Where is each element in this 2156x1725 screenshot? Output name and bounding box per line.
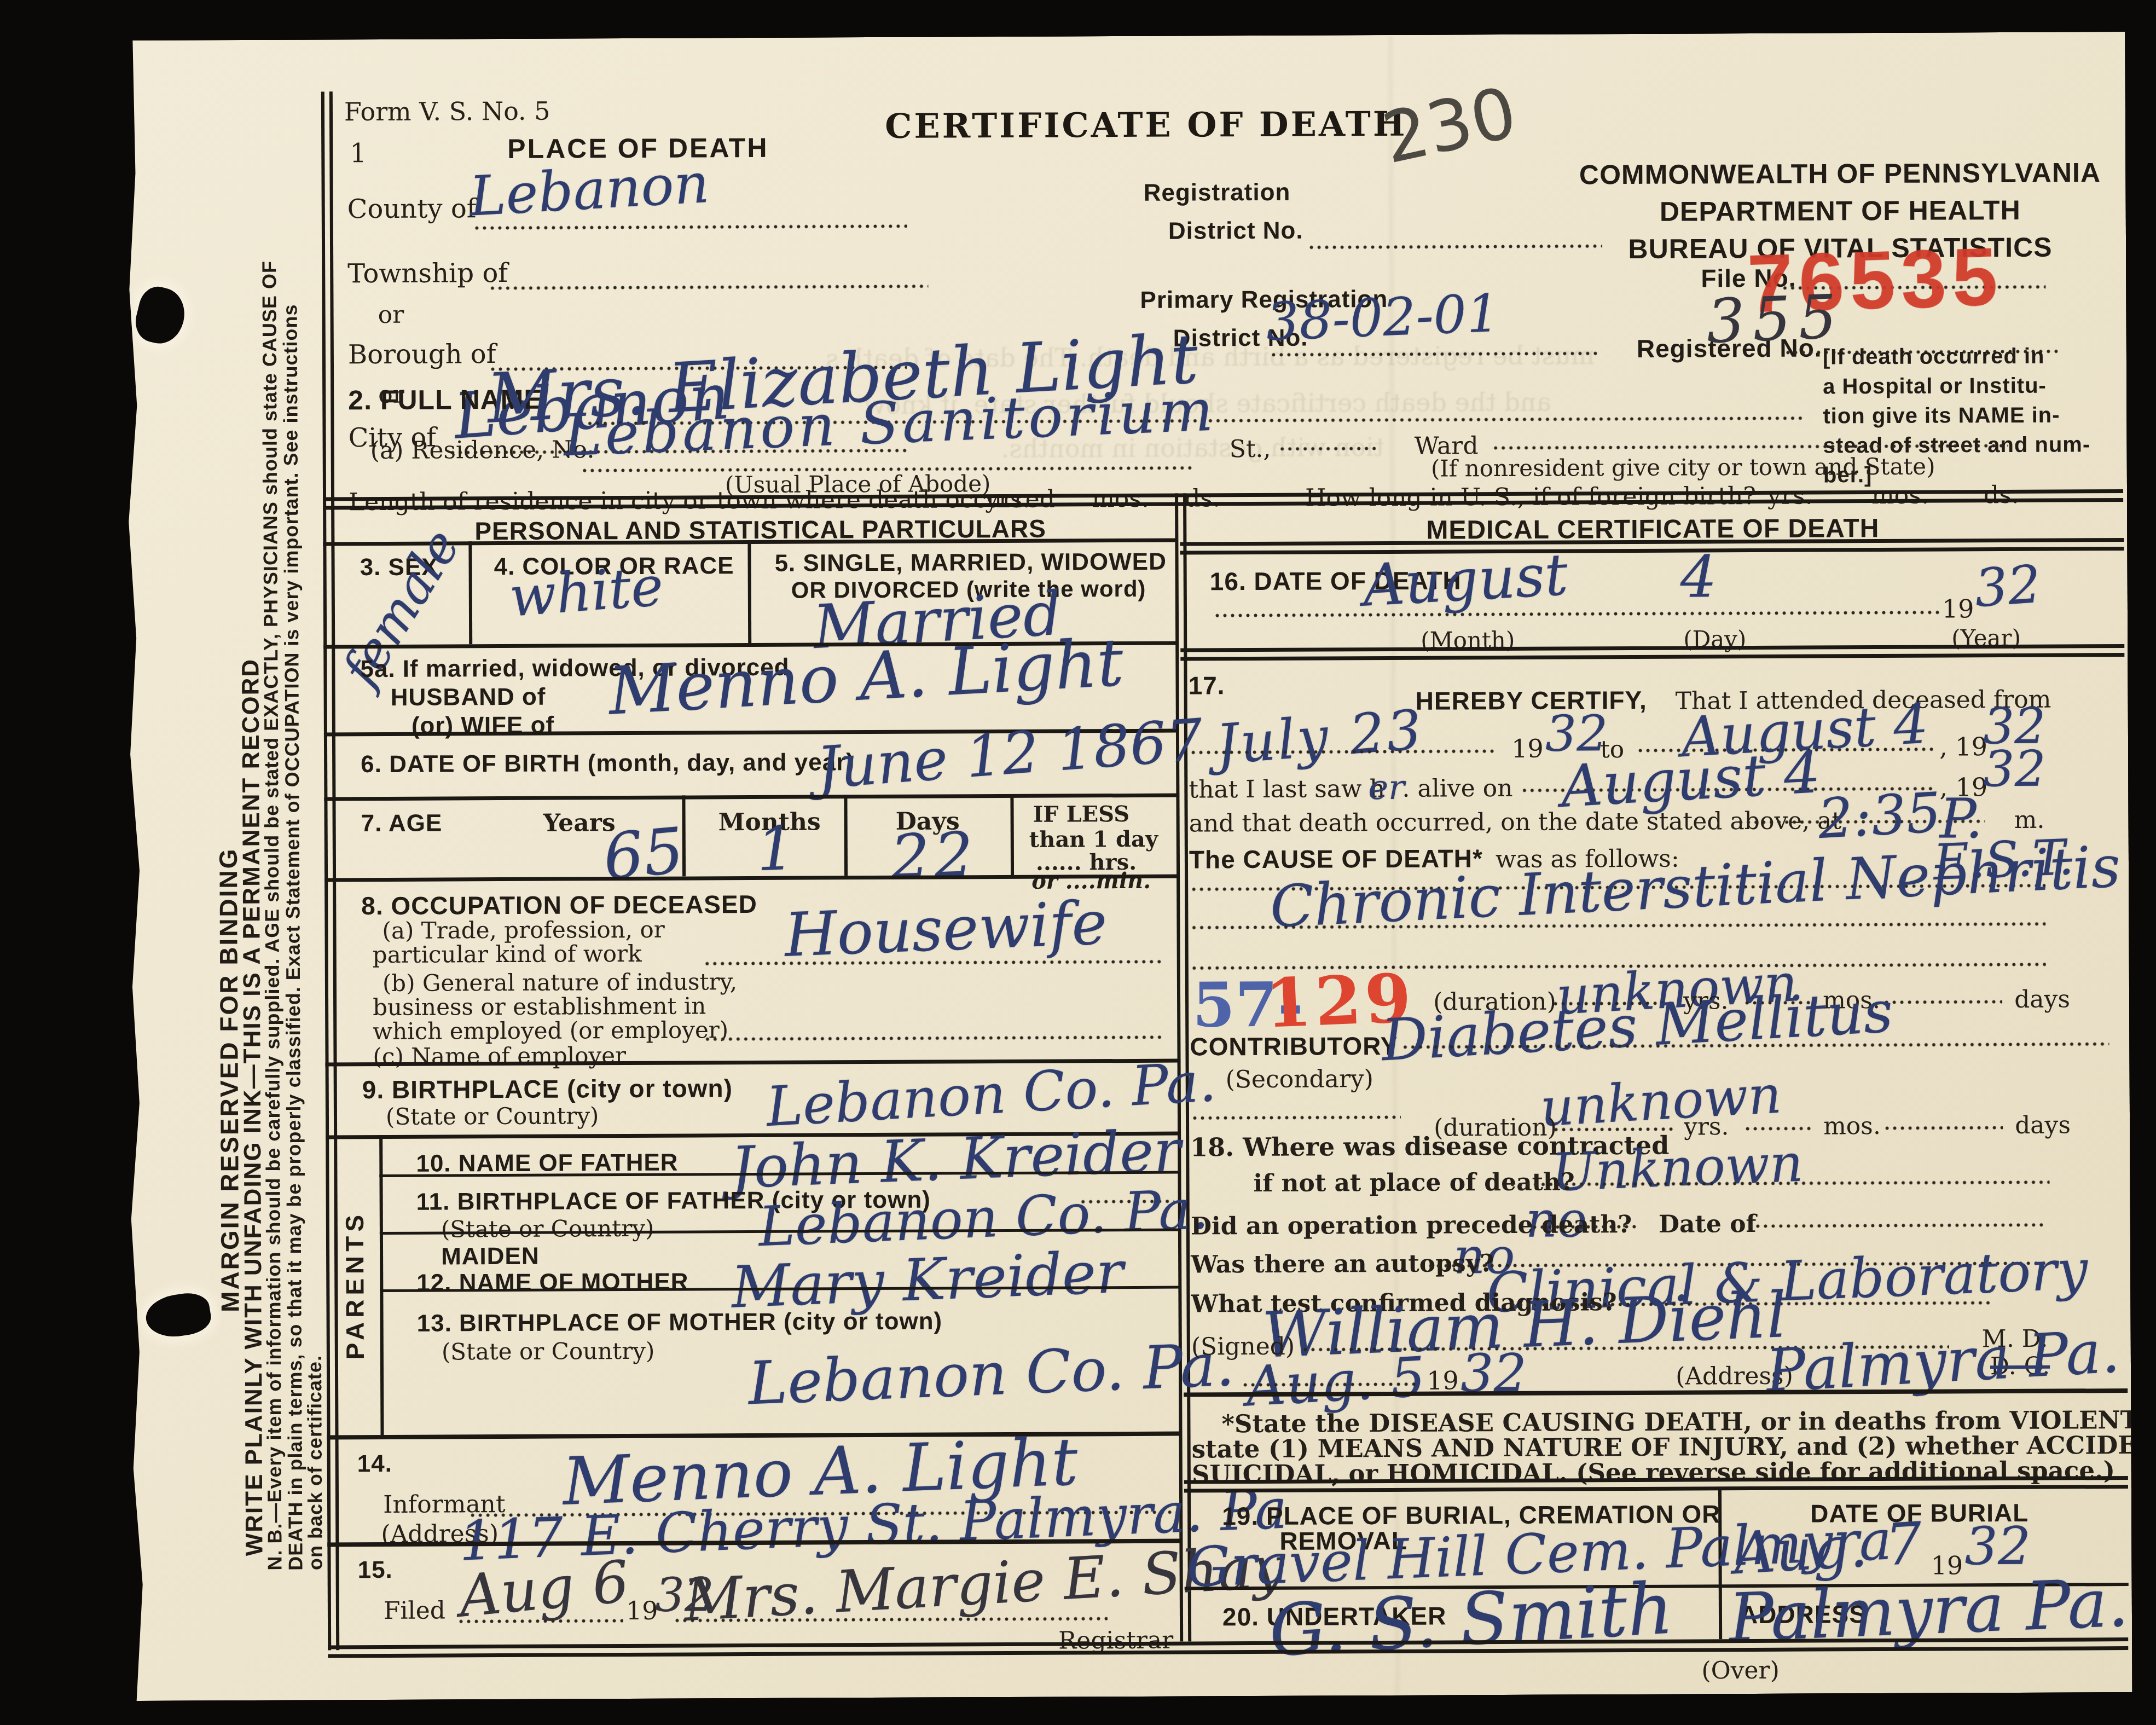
dotted-leader (490, 285, 928, 290)
county-value: Lebanon (468, 151, 711, 229)
death-day-value: 4 (1680, 543, 1717, 610)
death-month-value: August (1361, 541, 1570, 620)
state-country-caption: (State or Country) (441, 1215, 654, 1243)
occupation-heading: 8. OCCUPATION OF DECEASED (361, 889, 757, 921)
certificate-title: CERTIFICATE OF DEATH (885, 104, 1355, 146)
hospital-note-line: a Hospital or Institu- (1823, 374, 2047, 400)
contributory-label: CONTRIBUTORY (1190, 1031, 1398, 1062)
mos-label: mos. (1823, 1112, 1881, 1140)
primary-district-value: 38-02-01 (1265, 283, 1501, 353)
occupation-a-label: particular kind of work (373, 940, 642, 968)
dotted-leader (1885, 1000, 2002, 1004)
days-label: days (2014, 985, 2070, 1013)
color-race-value: white (507, 554, 665, 629)
rule (1180, 644, 2124, 661)
death-time-value: 2:35 (1816, 780, 1943, 852)
date-of-birth-value: June 12 1867 (815, 707, 1205, 802)
township-label: Township of (347, 258, 508, 289)
dotted-leader (705, 1035, 1162, 1041)
secondary-caption: (Secondary) (1226, 1065, 1374, 1093)
last-saw-er: er (1368, 767, 1405, 807)
dotted-leader (1741, 1223, 2047, 1228)
bottom-rule (328, 1637, 2128, 1658)
alive-on-label: . alive on (1402, 774, 1512, 803)
mother-birthplace-value: Lebanon Co. Pa. (747, 1331, 1236, 1419)
cell-divider (468, 541, 472, 644)
dotted-leader (1746, 1127, 1814, 1131)
punch-hole (131, 283, 190, 349)
county-label: County of (347, 193, 477, 224)
age-months-value: 1 (755, 813, 796, 884)
parents-divider (379, 1135, 384, 1435)
certificate-paper: MARGIN RESERVED FOR BINDING WRITE PLAINL… (124, 32, 2132, 1701)
disease-contracted-value: Unknown (1550, 1133, 1804, 1203)
dotted-leader (1533, 1225, 1639, 1229)
rule (324, 794, 1179, 801)
if-less-line: IF LESS (1033, 801, 1129, 827)
dotted-leader (475, 224, 907, 230)
cell-divider (747, 540, 751, 643)
printed-19: , 19 (1939, 732, 1987, 761)
husband-of-label: HUSBAND of (391, 684, 546, 711)
age-label: 7. AGE (361, 809, 443, 837)
item-17-number: 17. (1188, 670, 1225, 700)
rule (1180, 538, 2124, 555)
margin-note-nb-3: on back of certificate. (303, 1355, 327, 1570)
dotted-leader (1280, 447, 1379, 451)
or-label: or (378, 301, 404, 329)
death-year-value: 32 (1973, 554, 2043, 620)
occupation-value: Housewife (783, 888, 1108, 970)
date-of-birth-label: 6. DATE OF BIRTH (month, day, and year) (361, 749, 855, 778)
pencil-page-number: 230 (1376, 72, 1523, 180)
printed-19: 19 (626, 1596, 658, 1625)
department-line: DEPARTMENT OF HEALTH (1564, 194, 2117, 228)
nonresident-caption: (If nonresident give city or town and St… (1431, 453, 1935, 482)
item-1-number: 1 (350, 138, 367, 169)
hospital-note-line: [If death occurred in (1823, 344, 2045, 370)
last-saw-year: 32 (1983, 740, 2046, 798)
dotted-leader (1193, 1115, 1401, 1120)
dotted-leader (1191, 749, 1498, 754)
dotted-leader (1243, 1382, 1418, 1387)
printed-19: 19 (1511, 734, 1544, 763)
punch-hole (143, 1290, 213, 1341)
state-country-caption: (State or Country) (442, 1338, 655, 1365)
borough-label: Borough of (348, 339, 496, 370)
filed-label: Filed (384, 1596, 445, 1624)
state-country-caption: (State or Country) (386, 1102, 599, 1130)
hospital-note-line: tion give its NAME in- (1823, 403, 2060, 429)
dotted-leader (1215, 611, 1940, 618)
cell-divider (844, 795, 848, 876)
occupation-b-label: which employed (or employer) (373, 1016, 728, 1045)
birthplace-label: 9. BIRTHPLACE (city or town) (362, 1073, 733, 1104)
registration-label: Registration (1144, 179, 1291, 207)
item-14-number: 14. (357, 1450, 392, 1478)
registration-district-label: District No. (1168, 217, 1303, 245)
street-label: St., (1230, 435, 1271, 463)
mother-birthplace-label: 13. BIRTHPLACE OF MOTHER (city or town) (417, 1307, 943, 1337)
last-saw-label: that I last saw h (1189, 775, 1385, 804)
dotted-leader (1885, 1126, 2003, 1130)
item-15-number: 15. (357, 1556, 392, 1584)
cell-divider (1010, 794, 1014, 875)
hereby-certify-bold: HEREBY CERTIFY, (1416, 685, 1647, 716)
age-years-value: 65 (600, 814, 687, 894)
maiden-label: MAIDEN (441, 1243, 540, 1271)
parents-vertical-label: PARENTS (340, 1211, 370, 1360)
over-label: (Over) (1701, 1657, 1780, 1685)
form-number: Form V. S. No. 5 (344, 96, 550, 127)
scanned-death-certificate: MARGIN RESERVED FOR BINDING WRITE PLAINL… (0, 0, 2156, 1725)
printed-19: 19 (1942, 594, 1974, 623)
marital-label-1: 5. SINGLE, MARRIED, WIDOWED (774, 548, 1167, 577)
if-less-line: than 1 day (1029, 826, 1158, 853)
days-label: days (2015, 1111, 2071, 1139)
residence-label: (a) Residence, No. (370, 436, 595, 465)
dotted-leader (459, 1619, 623, 1623)
commonwealth-line: COMMONWEALTH OF PENNSYLVANIA (1563, 157, 2116, 190)
dotted-leader (1309, 244, 1602, 249)
spouse-value: Menno A. Light (606, 624, 1126, 730)
age-days-value: 22 (889, 819, 978, 893)
mother-name-label: 12. NAME OF MOTHER (416, 1269, 688, 1297)
